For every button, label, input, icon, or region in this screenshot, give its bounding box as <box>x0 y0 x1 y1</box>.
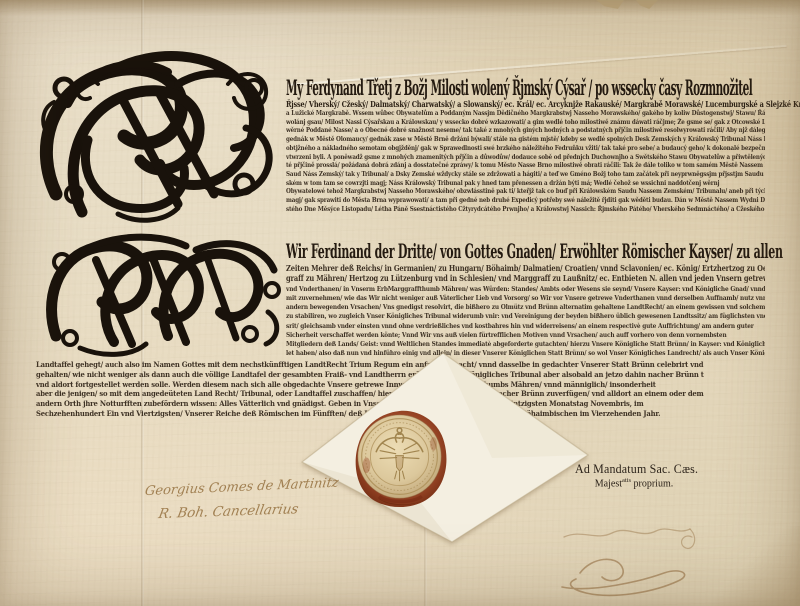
text-line: vtwrzeni byli. A poněwadž gsme z mnohých… <box>286 153 698 162</box>
corner-fold-shadow <box>705 526 800 606</box>
text-line: wěrné Poddané Nasse/ a o Obecné dobré sn… <box>286 126 698 135</box>
text-line: Zeiten Mehrer deß Reichs/ in Germanien/ … <box>286 263 669 273</box>
ornate-initial-M <box>28 44 290 228</box>
text-line: magj/ gak sprawiti do Města Brna wyprawo… <box>286 196 698 205</box>
text-line: a Lužické Margkrabě. Wssem wůbec Obywate… <box>286 109 698 118</box>
parchment-top-edge <box>0 0 800 16</box>
text-line: gednák w Městě Olomaucy/ gednák zase w M… <box>286 135 698 144</box>
text-line: Sicherheit verschaffet werden könte; Vnn… <box>286 331 688 340</box>
text-line: Saud Náss Zemský/ tak y Tribunal/ a Dsky… <box>286 170 698 179</box>
text-line: wolánj gsau/ Milost Nassi Cýsařskau a Kr… <box>286 118 698 127</box>
german-subheading-text: Zeiten Mehrer deß Reichs/ in Germanien/ … <box>286 263 765 284</box>
german-heading: Wir Ferdinand der Dritte/ von Gottes Gna… <box>286 239 783 263</box>
ornate-initial-W <box>36 226 290 360</box>
subscription-block: Ad Mandatum Sac. Cæs. Majestatis propriu… <box>575 461 765 489</box>
document-photo: My Ferdynand Třetj z Božj Milosti wolený… <box>0 0 800 606</box>
czech-body-text: a Lužické Margkrabě. Wssem wůbec Obywate… <box>286 109 765 214</box>
czech-subheading: Řjsse/ Vherský/ Cžeský/ Dalmatský/ Charw… <box>286 99 800 109</box>
text-line: Obywatelowé tehož Margkrabstwj Nasseho M… <box>286 187 698 196</box>
text-line: andern bewegenden Vrsachen/ Vns gnedigst… <box>286 303 688 312</box>
text-line: stého Dne Měsýce Listopadu/ Létha Páně S… <box>286 205 698 214</box>
text-line: vnd Vnderthanen/ in Vnserm ErbMarggrafft… <box>286 285 688 294</box>
czech-heading: My Ferdynand Třetj z Božj Milosti wolený… <box>286 75 752 100</box>
text-line: srit/ gleichsamb vnder einsten vnnd ohne… <box>286 322 688 331</box>
text-line: graff zu Mähren/ Hertzog zu Lützenburg v… <box>286 273 669 283</box>
text-line: ském w tom tam se cowrzjti magj; Náss Kr… <box>286 179 698 188</box>
text-line: zu stabiliren, wo zugleich Vnser Königli… <box>286 312 688 321</box>
text-line: té přjčině prosslá/ požádaná dobrá zdánj… <box>286 161 698 170</box>
text-line: obtjžného a nákladného semotam obgjžděnj… <box>286 144 698 153</box>
text-line: mit zuvernehmen/ wie das Wir nicht wenig… <box>286 294 688 303</box>
imperial-wax-seal <box>352 409 449 508</box>
majestatis-line: Majestatis proprium. <box>575 477 693 489</box>
ad-mandatum-line: Ad Mandatum Sac. Cæs. <box>575 461 750 477</box>
